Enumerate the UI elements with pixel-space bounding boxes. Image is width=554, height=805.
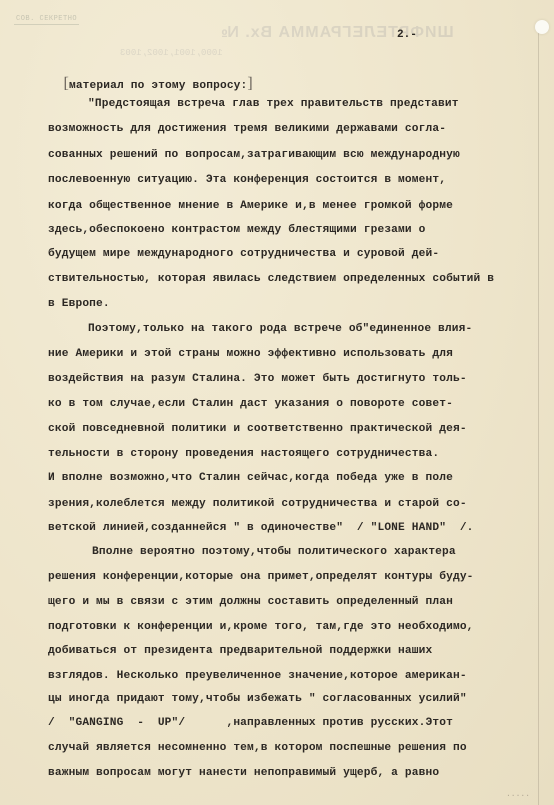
punch-hole bbox=[535, 20, 549, 34]
text-line: зрения,колеблется между политикой сотруд… bbox=[48, 498, 467, 510]
text-line: будущем мире международного сотрудничест… bbox=[48, 248, 439, 260]
bleed-through-header: ШИФРТЕЛЕГРАММА Вх. № bbox=[220, 24, 454, 42]
text-line: ской повседневной политики и соответстве… bbox=[48, 423, 467, 435]
text-line: И вполне возможно,что Сталин сейчас,когд… bbox=[48, 472, 453, 484]
text-line: послевоенную ситуацию. Эта конференция с… bbox=[48, 174, 446, 186]
classification-stamp: СОВ. СЕКРЕТНО bbox=[14, 15, 79, 25]
text-line: здесь,обеспокоено контрастом между блест… bbox=[48, 224, 426, 236]
text-line: воздействия на разум Сталина. Это может … bbox=[48, 373, 467, 385]
text-line: подготовки к конференции и,кроме того, т… bbox=[48, 621, 474, 633]
text-line: ние Америки и этой страны можно эффектив… bbox=[48, 348, 453, 360]
heading-text: материал по этому вопросу: bbox=[69, 80, 247, 92]
page-fold-line bbox=[538, 30, 539, 805]
text-line: "Предстоящая встреча глав трех правитель… bbox=[88, 98, 459, 110]
text-line: / "GANGING - UP"/ ,направленных против р… bbox=[48, 717, 453, 729]
text-line: цы иногда придают тому,чтобы избежать " … bbox=[48, 693, 467, 705]
text-line: Поэтому,только на такого рода встрече об… bbox=[88, 323, 472, 335]
text-line: в Европе. bbox=[48, 298, 110, 310]
text-line: возможность для достижения тремя великим… bbox=[48, 123, 446, 135]
text-line: Вполне вероятно поэтому,чтобы политическ… bbox=[92, 546, 456, 558]
text-line: добиваться от президента предварительной… bbox=[48, 645, 432, 657]
bleed-through-numbers: 1000,1001,1002,1003 bbox=[120, 48, 223, 58]
text-line: тельности в сторону проведения настоящег… bbox=[48, 448, 439, 460]
text-line: ствительностью, которая явилась следстви… bbox=[48, 273, 494, 285]
text-line: ветской линией,созданнейся " в одиночест… bbox=[48, 522, 474, 534]
document-page: СОВ. СЕКРЕТНО ШИФРТЕЛЕГРАММА Вх. № 1000,… bbox=[0, 0, 554, 805]
text-line: сованных решений по вопросам,затрагивающ… bbox=[48, 149, 460, 161]
margin-mark: ..... bbox=[506, 790, 530, 799]
text-line: щего и мы в связи с этим должны составит… bbox=[48, 596, 453, 608]
close-bracket: ] bbox=[247, 75, 252, 92]
page-number: 2.- bbox=[397, 29, 417, 41]
text-line: важным вопросам могут нанести непоправим… bbox=[48, 767, 439, 779]
text-line: взглядов. Несколько преувеличенное значе… bbox=[48, 670, 467, 682]
text-line: случай является несомненно тем,в котором… bbox=[48, 742, 467, 754]
text-line: ко в том случае,если Сталин даст указани… bbox=[48, 398, 453, 410]
text-line: когда общественное мнение в Америке и,в … bbox=[48, 200, 453, 212]
text-line: решения конференции,которые она примет,о… bbox=[48, 571, 474, 583]
